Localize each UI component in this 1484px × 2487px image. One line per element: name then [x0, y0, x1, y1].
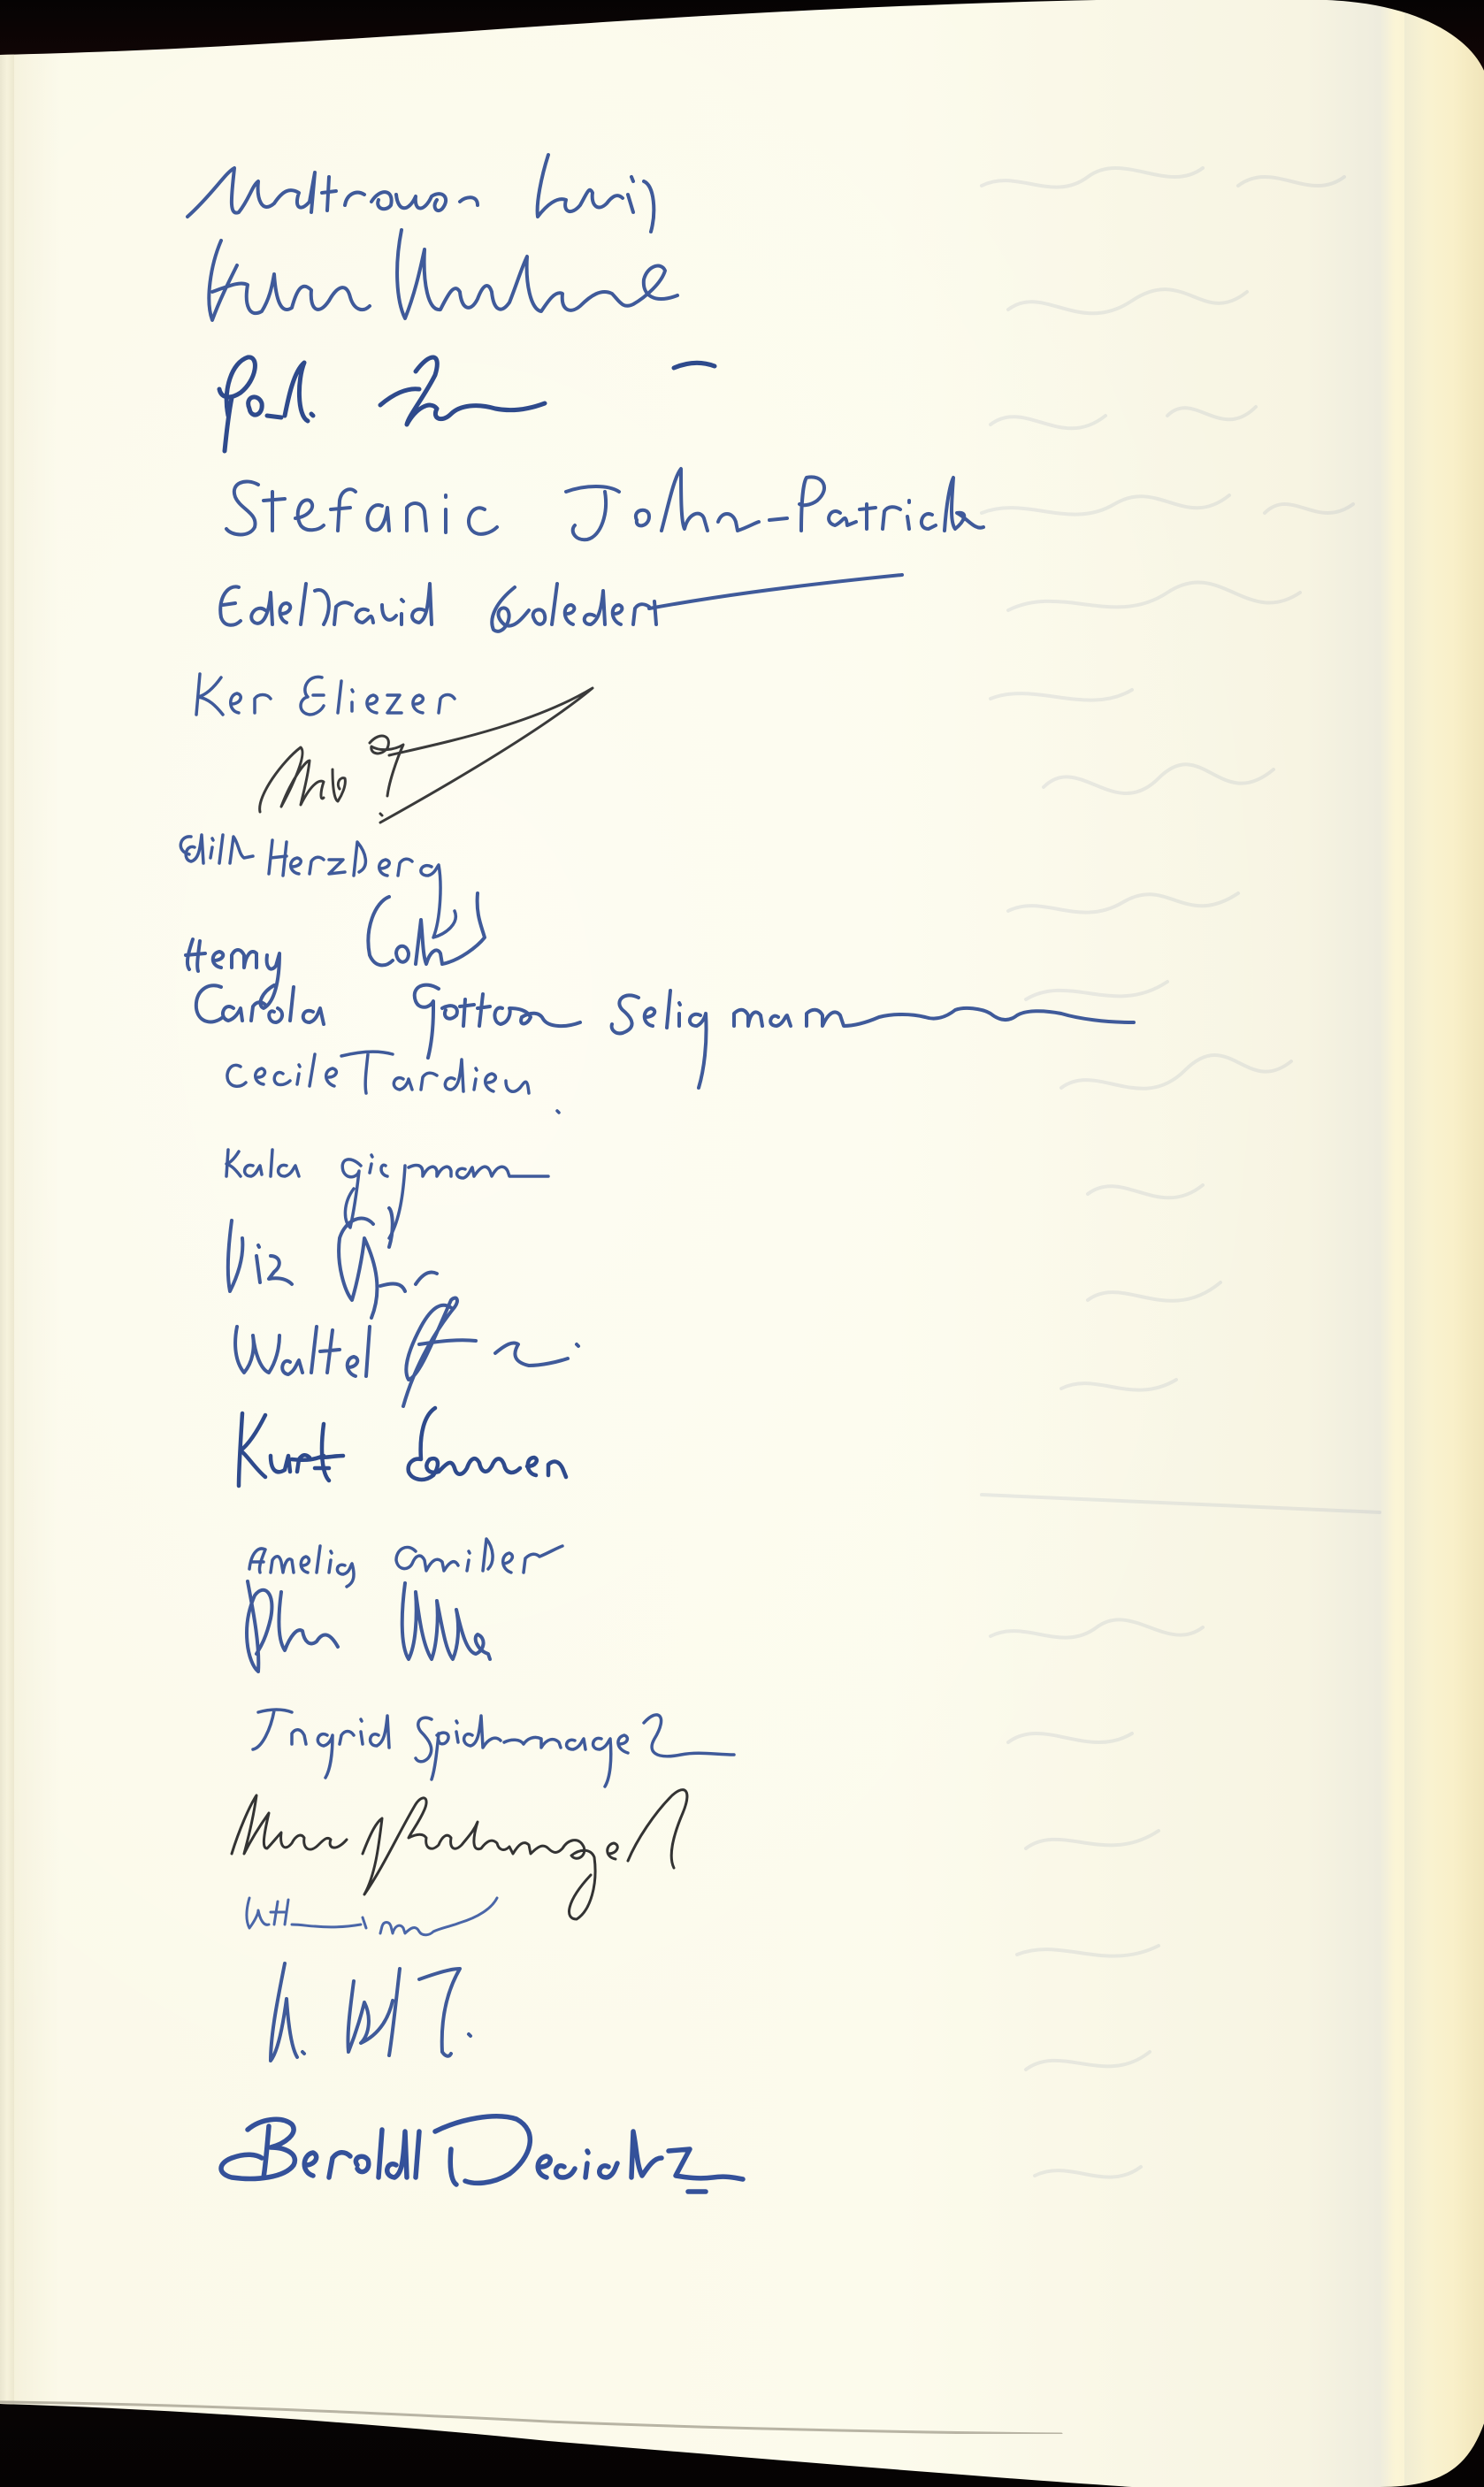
signature-karl-kahn — [219, 357, 715, 451]
signature-amelie-schreiber — [249, 1539, 562, 1587]
signature-illegible-grey — [260, 688, 593, 823]
signature-karla-giesmann — [226, 1150, 548, 1238]
signature-liz — [228, 1208, 437, 1318]
signature-edeltraud-kaledert — [220, 575, 902, 631]
signature-peter-weiss — [247, 1581, 490, 1672]
signature-a-roth — [271, 1963, 470, 2061]
signature-stefanie-john-patrick — [226, 469, 983, 539]
signature-walter — [235, 1298, 578, 1406]
signature-wilhelm — [247, 1898, 497, 1935]
signature-edith-herzberg — [180, 835, 455, 937]
signature-cecile-tardieu — [227, 1052, 559, 1113]
signature-waltraud-kleiss — [187, 155, 654, 232]
signature-bertold-teichert — [221, 2116, 743, 2192]
guestbook-page: Waltraud Kleiß Eberhard [illegible] Karl… — [0, 0, 1484, 2487]
signature-ingrid-spickernagel — [253, 1710, 734, 1787]
signature-ken-eliezer — [196, 674, 455, 715]
signature-kurt-sommer — [239, 1408, 566, 1486]
signature-klaus-stueckernagel — [232, 1790, 687, 1919]
signature-eberhard — [209, 230, 677, 320]
